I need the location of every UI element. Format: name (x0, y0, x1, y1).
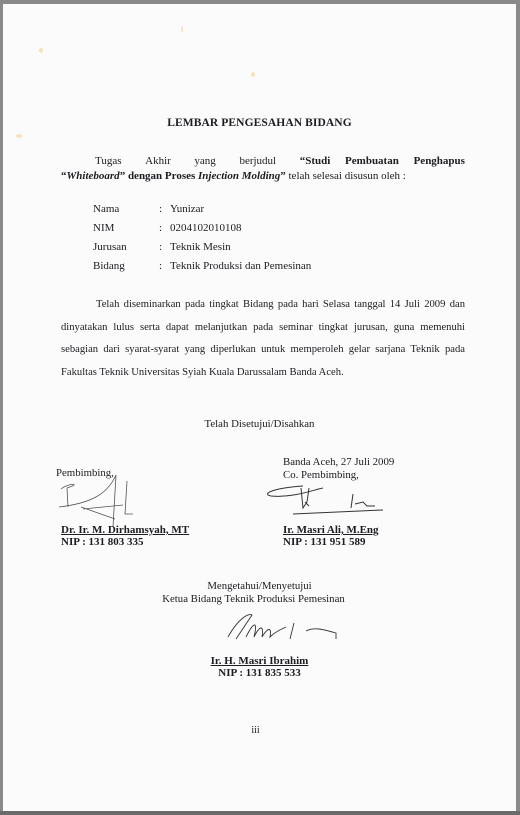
identity-separator: : (159, 222, 162, 234)
head-signature-icon (218, 609, 358, 649)
head-role: Ketua Bidang Teknik Produksi Pemesinan (0, 593, 510, 605)
head-nip: NIP : 131 835 533 (3, 667, 516, 679)
paper-speck (251, 72, 255, 77)
co-advisor-name: Ir. Masri Ali, M.Eng (283, 524, 379, 536)
intro-word: Akhir (145, 154, 171, 169)
identity-label: Jurusan (93, 241, 127, 253)
identity-separator: : (159, 260, 162, 272)
scan-edge (0, 811, 520, 815)
identity-row: Bidang : Teknik Produksi dan Pemesinan (3, 260, 516, 275)
identity-label: NIM (93, 222, 114, 234)
intro-word: berjudul (239, 154, 276, 169)
identity-value: Teknik Mesin (170, 241, 231, 253)
thesis-title-whiteboard: Whiteboard (67, 170, 120, 182)
page-number: iii (0, 725, 512, 736)
identity-row: Nama : Yunizar (3, 203, 516, 218)
page-title: LEMBAR PENGESAHAN BIDANG (3, 117, 516, 129)
acknowledge-label: Mengetahui/Menyetujui (3, 580, 516, 592)
identity-value: Yunizar (170, 203, 204, 215)
intro-word: Tugas (95, 154, 122, 169)
identity-value: Teknik Produksi dan Pemesinan (170, 260, 311, 272)
statement-text: Telah diseminarkan pada tingkat Bidang p… (61, 299, 465, 378)
advisor-signature-icon (53, 469, 173, 529)
place-date: Banda Aceh, 27 Juli 2009 (283, 456, 394, 468)
identity-label: Nama (93, 203, 119, 215)
statement-paragraph: Telah diseminarkan pada tingkat Bidang p… (61, 294, 465, 384)
approved-label: Telah Disetujui/Disahkan (3, 418, 516, 430)
identity-label: Bidang (93, 260, 125, 272)
paper-speck (181, 26, 183, 32)
thesis-title-mid: ” dengan Proses (120, 170, 198, 182)
identity-row: NIM : 0204102010108 (3, 222, 516, 237)
co-advisor-signature-icon (263, 482, 403, 522)
paper-speck (16, 134, 22, 138)
intro-word: yang (194, 154, 215, 169)
intro-tail: telah selesai disusun oleh : (286, 170, 406, 182)
identity-row: Jurusan : Teknik Mesin (3, 241, 516, 256)
head-name: Ir. H. Masri Ibrahim (3, 655, 516, 667)
co-advisor-role: Co. Pembimbing, (283, 469, 359, 481)
identity-separator: : (159, 241, 162, 253)
advisor-nip: NIP : 131 803 335 (61, 536, 144, 548)
co-advisor-nip: NIP : 131 951 589 (283, 536, 366, 548)
advisor-name: Dr. Ir. M. Dirhamsyah, MT (61, 524, 189, 536)
intro-paragraph: Tugas Akhir yang berjudul “Studi Pembuat… (61, 154, 465, 184)
thesis-title-start: “Studi Pembuatan Penghapus (300, 154, 465, 169)
identity-value: 0204102010108 (170, 222, 242, 234)
identity-separator: : (159, 203, 162, 215)
document-page: LEMBAR PENGESAHAN BIDANG Tugas Akhir yan… (3, 4, 516, 811)
paper-speck (39, 48, 43, 53)
thesis-title-injection: Injection Molding (198, 170, 280, 182)
